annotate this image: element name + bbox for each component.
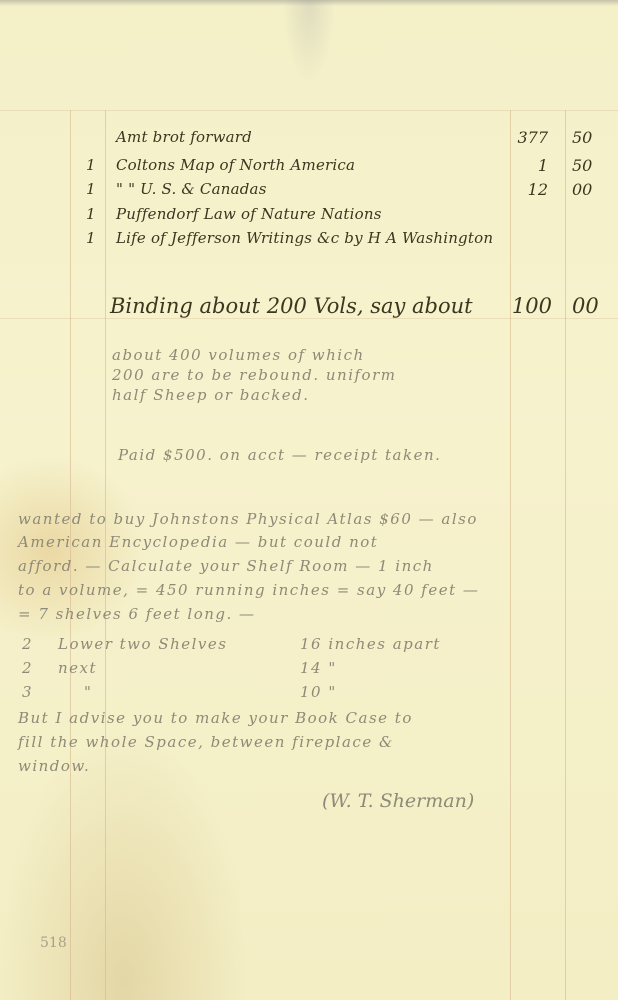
shelf-label: Lower two Shelves [58, 635, 227, 653]
item-dollars: 12 [498, 180, 548, 199]
shelf-count: 2 [22, 635, 33, 653]
pencil-note-line: afford. — Calculate your Shelf Room — 1 … [18, 557, 434, 575]
shelf-label: " [84, 683, 92, 701]
item-quantity: 1 [86, 180, 96, 198]
pencil-note-line: fill the whole Space, between fireplace … [18, 733, 394, 751]
shelf-spacing: 14 " [300, 659, 337, 677]
pencil-paid-note: Paid $500. on acct — receipt taken. [118, 446, 441, 464]
pencil-note-line: But I advise you to make your Book Case … [18, 709, 413, 727]
ruling-line [0, 110, 618, 111]
item-dollars: 1 [498, 156, 548, 175]
shelf-spacing: 16 inches apart [300, 635, 441, 653]
item-cents: 50 [572, 128, 592, 147]
item-quantity: 1 [86, 205, 96, 223]
item-quantity: 1 [86, 156, 96, 174]
item-description: Amt brot forward [116, 128, 252, 146]
item-description: Coltons Map of North America [116, 156, 355, 174]
shelf-count: 3 [22, 683, 33, 701]
ruling-line [105, 110, 106, 1000]
ruling-line [0, 318, 618, 319]
item-description: Life of Jefferson Writings &c by H A Was… [116, 229, 493, 247]
signature: (W. T. Sherman) [322, 790, 474, 812]
binding-dollars: 100 [492, 294, 552, 318]
binding-description: Binding about 200 Vols, say about [110, 294, 473, 318]
ruling-line [510, 110, 511, 1000]
item-cents: 50 [572, 156, 592, 175]
shelf-count: 2 [22, 659, 33, 677]
ledger-page: Amt brot forward 377 50 1 Coltons Map of… [0, 0, 618, 1000]
binding-cents: 00 [572, 294, 599, 318]
pencil-note-line: = 7 shelves 6 feet long. — [18, 605, 256, 623]
pencil-note-line: American Encyclopedia — but could not [18, 533, 378, 551]
ruling-line [70, 110, 71, 1000]
item-description: Puffendorf Law of Nature Nations [116, 205, 382, 223]
pencil-note-line: window. [18, 757, 90, 775]
top-edge-shadow [0, 0, 618, 6]
pencil-note-line: half Sheep or backed. [112, 386, 310, 404]
pencil-note-line: to a volume, = 450 running inches = say … [18, 581, 479, 599]
pencil-note-line: about 400 volumes of which [112, 346, 365, 364]
pencil-note-line: wanted to buy Johnstons Physical Atlas $… [18, 510, 478, 528]
item-dollars: 377 [498, 128, 548, 147]
archival-mark: 518 [40, 935, 67, 951]
shelf-label: next [58, 659, 97, 677]
shelf-spacing: 10 " [300, 683, 337, 701]
ruling-line [565, 110, 566, 1000]
item-cents: 00 [572, 180, 592, 199]
pencil-note-line: 200 are to be rebound. uniform [112, 366, 396, 384]
item-quantity: 1 [86, 229, 96, 247]
item-description: " " U. S. & Canadas [116, 180, 267, 198]
